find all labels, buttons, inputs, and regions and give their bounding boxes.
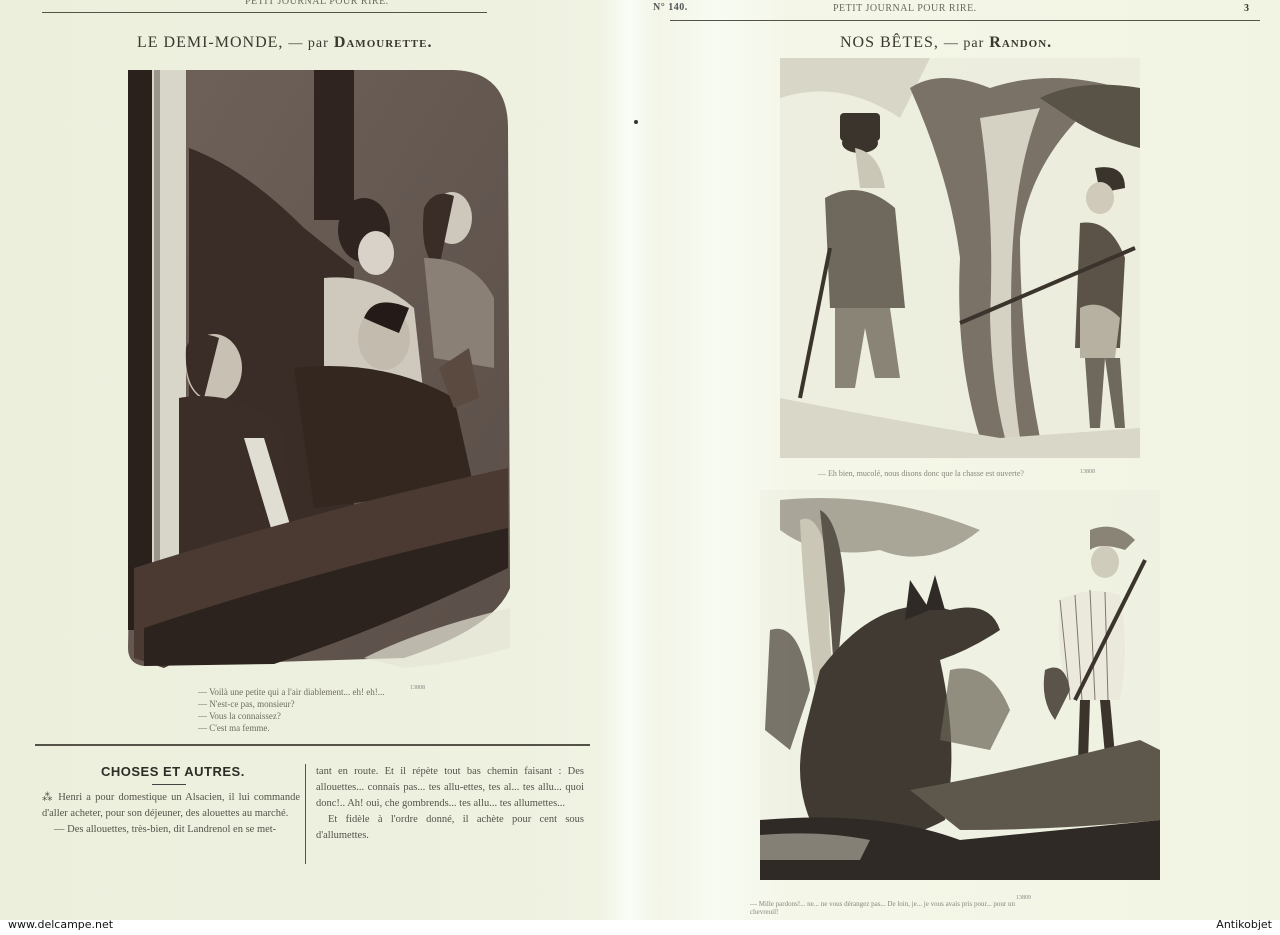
title-by: — par	[944, 36, 984, 51]
caption-number: 13809	[1016, 894, 1031, 902]
title-author: Randon.	[989, 34, 1052, 51]
cartoon-title: NOS BÊTES, — par Randon.	[840, 34, 1052, 52]
panel-1-caption: — Eh bien, mucolé, nous disons donc que …	[818, 468, 1024, 480]
caption-line: — Mille pardons!... ne... ne vous dérang…	[750, 900, 1015, 908]
caption-line: — Vous la connaissez?	[198, 710, 385, 722]
header-rule	[670, 20, 1260, 21]
article-title-rule	[152, 784, 186, 785]
paragraph: — Des allouettes, très-bien, dit Landren…	[42, 822, 300, 838]
ink-spot	[634, 120, 638, 124]
left-page: PETIT JOURNAL POUR RIRE. LE DEMI-MONDE, …	[0, 0, 610, 920]
caption-line: — N'est-ce pas, monsieur?	[198, 698, 385, 710]
article-column-2: tant en route. Et il répète tout bas che…	[316, 764, 584, 844]
cartoon-title: LE DEMI-MONDE, — par Damourette.	[137, 34, 433, 52]
section-divider	[35, 744, 590, 746]
caption-line: — Eh bien, mucolé, nous disons donc que …	[818, 469, 1024, 478]
issue-number: N° 140.	[653, 2, 688, 13]
title-by: — par	[288, 36, 328, 51]
cartoon-caption: 13808 — Voilà une petite qui a l'air dia…	[198, 686, 385, 734]
page-number: 3	[1244, 3, 1250, 14]
running-head: PETIT JOURNAL POUR RIRE.	[245, 0, 389, 7]
illustration-panel-2	[760, 490, 1160, 880]
running-head: PETIT JOURNAL POUR RIRE.	[833, 3, 977, 14]
article-title: CHOSES ET AUTRES.	[101, 764, 245, 779]
title-author: Damourette.	[334, 34, 433, 51]
illustration-panel-1	[780, 58, 1140, 458]
caption-number: 13808	[410, 682, 425, 694]
caption-line: — C'est ma femme.	[198, 722, 385, 734]
caption-line: chevreuil!	[750, 908, 1015, 916]
watermark-right: Antikobjet	[1216, 918, 1272, 931]
caption-number: 13808	[1080, 466, 1095, 478]
paragraph: ⁂ Henri a pour domestique un Alsacien, i…	[42, 790, 300, 822]
paragraph: tant en route. Et il répète tout bas che…	[316, 764, 584, 812]
watermark-bar	[0, 920, 1280, 935]
paragraph: Et fidèle à l'ordre donné, il achète pou…	[316, 812, 584, 844]
right-page: N° 140. PETIT JOURNAL POUR RIRE. 3 NOS B…	[640, 0, 1280, 920]
watermark-left: www.delcampe.net	[8, 918, 113, 931]
caption-line: — Voilà une petite qui a l'air diablemen…	[198, 686, 385, 698]
illustration-theatre-box	[124, 68, 510, 668]
title-text: LE DEMI-MONDE,	[137, 34, 283, 51]
panel-2-caption: 13809 — Mille pardons!... ne... ne vous …	[750, 900, 1015, 916]
column-divider	[305, 764, 306, 864]
title-text: NOS BÊTES,	[840, 34, 939, 51]
article-column-1: ⁂ Henri a pour domestique un Alsacien, i…	[42, 790, 300, 838]
header-rule	[42, 12, 487, 13]
